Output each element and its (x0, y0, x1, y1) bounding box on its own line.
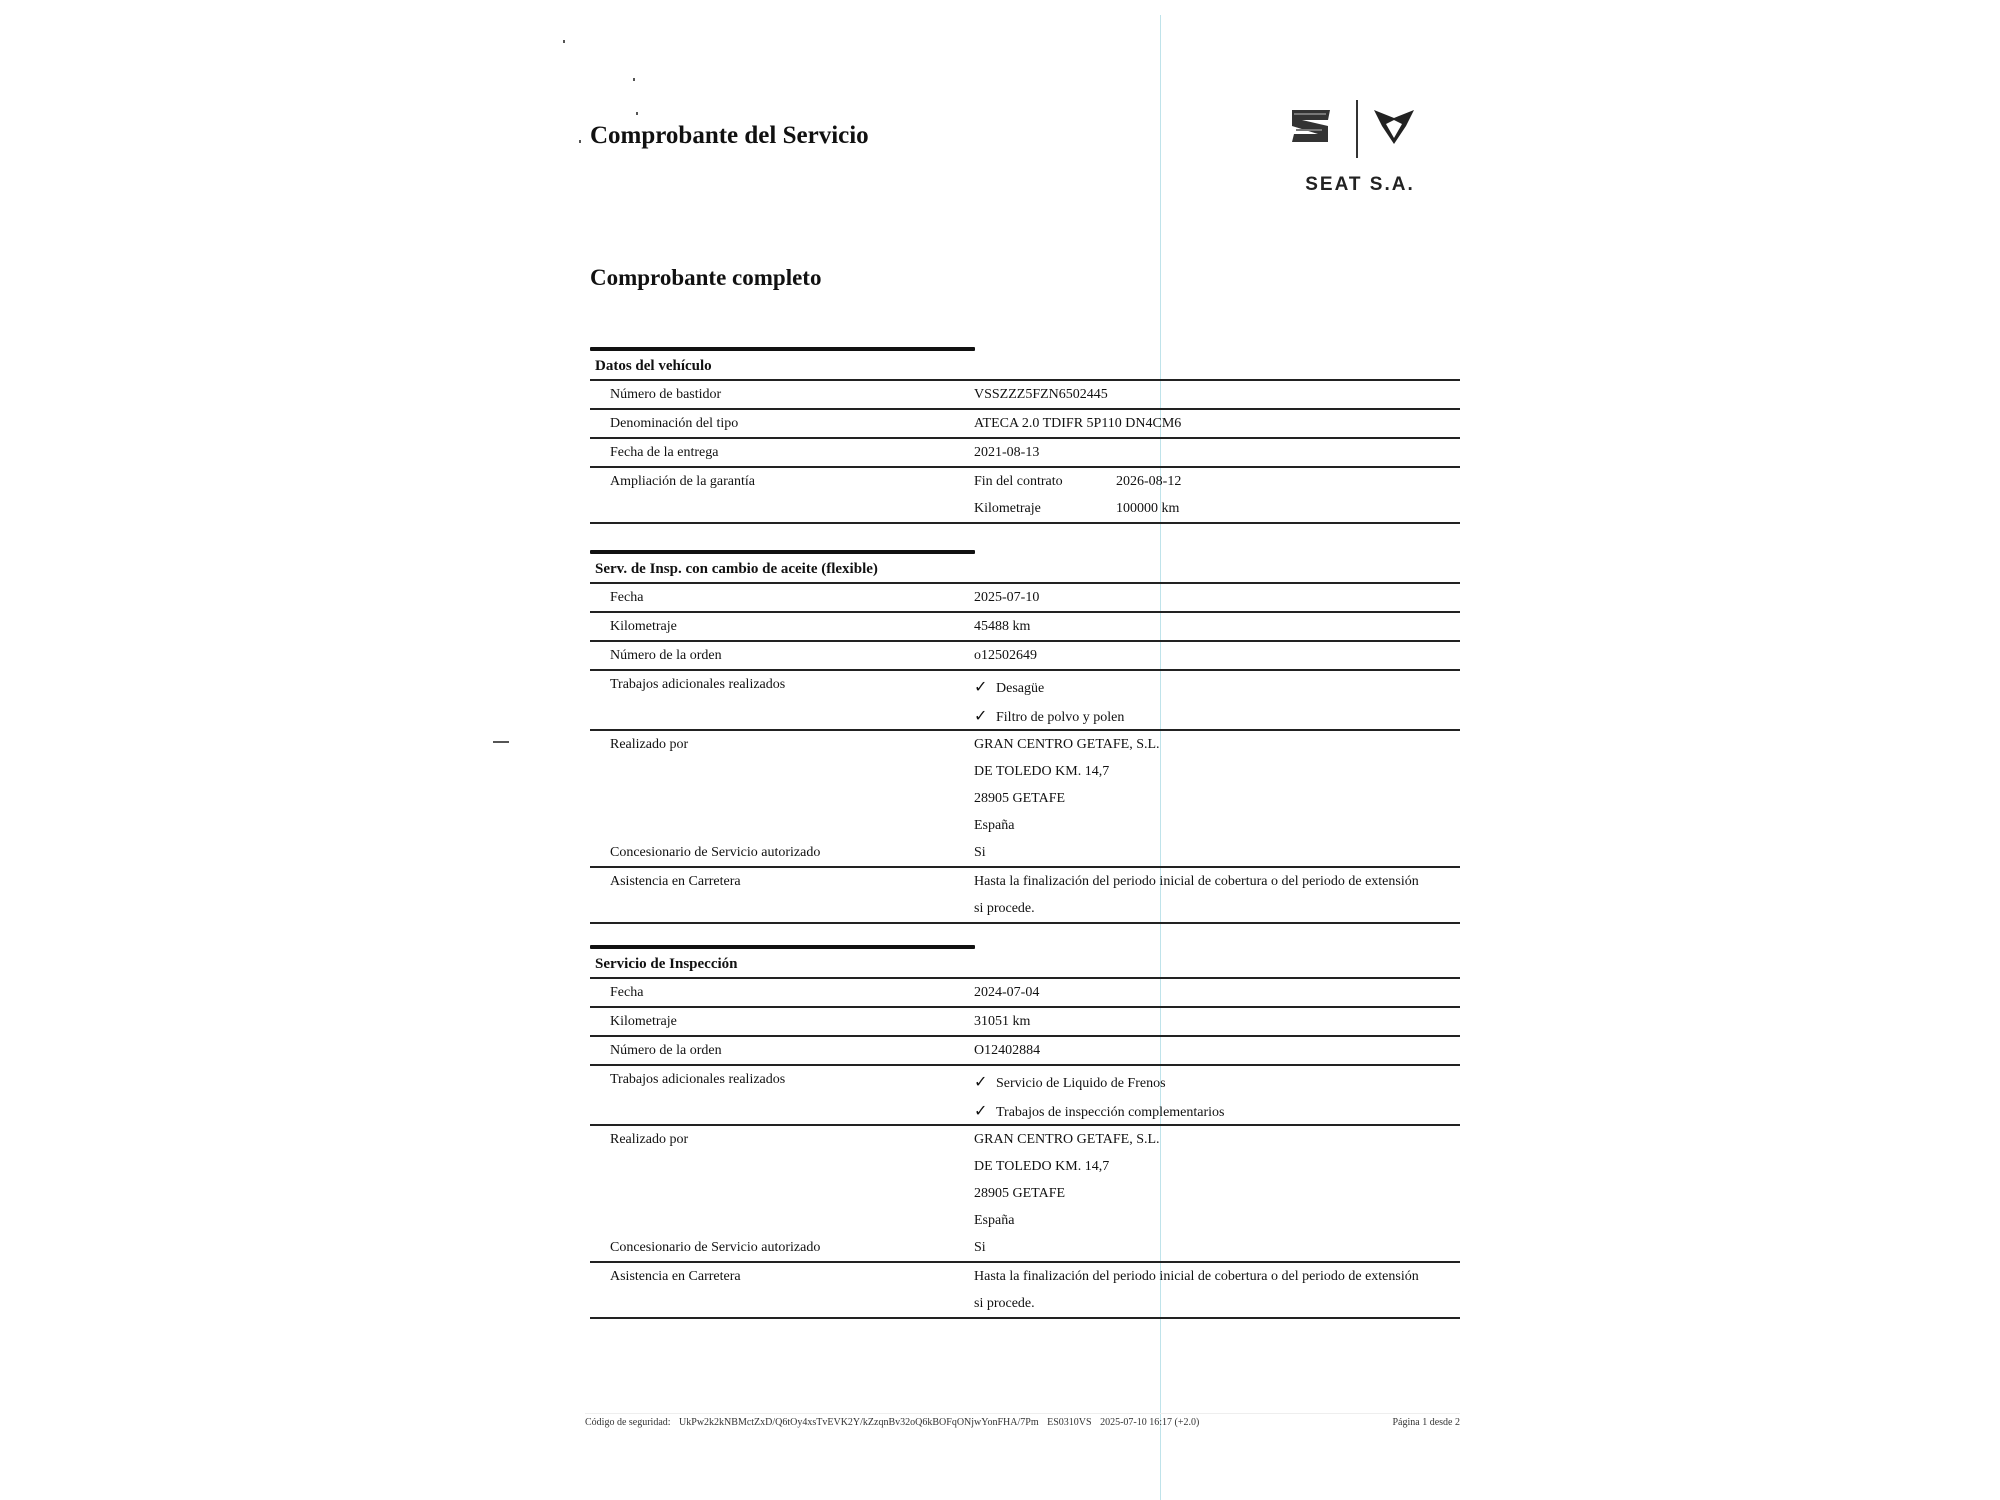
extra-item-label: Servicio de Liquido de Frenos (996, 1076, 1166, 1091)
row-label: Ampliación de la garantía (590, 468, 974, 522)
row-label: Realizado por (590, 1126, 974, 1234)
extra-item-label: Trabajos de inspección complementarios (996, 1105, 1224, 1120)
scan-speck (636, 112, 638, 115)
table-row: Número de la orden O12402884 (590, 1037, 1460, 1066)
row-label: Trabajos adicionales realizados (590, 1066, 974, 1124)
logo-divider (1356, 100, 1358, 158)
value-line: si procede. (974, 895, 1460, 922)
authorized-value: Si (974, 839, 1460, 866)
value-line: GRAN CENTRO GETAFE, S.L. (974, 731, 1460, 758)
checkmark-icon: ✓ (974, 1066, 996, 1097)
scan-speck (493, 741, 509, 743)
order-value: o12502649 (974, 642, 1460, 669)
seat-cupra-logo-icon (1288, 96, 1438, 166)
section-title: Servicio de Inspección (590, 949, 1460, 979)
extras-list: ✓Servicio de Liquido de Frenos✓Trabajos … (974, 1066, 1460, 1124)
vin-value: VSSZZZ5FZN6502445 (974, 381, 1460, 408)
brand-logo: SEAT S.A. (1288, 96, 1438, 206)
table-row: Asistencia en Carretera Hasta la finaliz… (590, 1263, 1460, 1319)
checkmark-icon: ✓ (974, 700, 996, 731)
row-label: Asistencia en Carretera (590, 1263, 974, 1317)
order-value: O12402884 (974, 1037, 1460, 1064)
page-footer: Código de seguridad: UkPw2k2kNBMctZxD/Q6… (585, 1413, 1460, 1428)
scan-speck (633, 78, 635, 81)
doc-code: ES0310VS (1047, 1417, 1091, 1428)
roadside-assistance-value: Hasta la finalización del periodo inicia… (974, 868, 1460, 922)
value-line: 28905 GETAFE (974, 1180, 1460, 1207)
row-label: Fecha (590, 979, 974, 1006)
security-code: UkPw2k2kNBMctZxD/Q6tOy4xsTvEVK2Y/kZzqnBv… (679, 1417, 1039, 1428)
page-number: Página 1 desde 2 (1393, 1417, 1461, 1428)
row-label: Concesionario de Servicio autorizado (590, 1234, 974, 1261)
sub-label: Fin del contrato (974, 468, 1116, 495)
value-line: Hasta la finalización del periodo inicia… (974, 1263, 1460, 1290)
type-value: ATECA 2.0 TDIFR 5P110 DN4CM6 (974, 410, 1460, 437)
checkmark-icon: ✓ (974, 671, 996, 702)
km-value: 45488 km (974, 613, 1460, 640)
timestamp: 2025-07-10 16:17 (+2.0) (1100, 1417, 1199, 1428)
row-label: Realizado por (590, 731, 974, 839)
delivery-value: 2021-08-13 (974, 439, 1460, 466)
extra-item: ✓Trabajos de inspección complementarios (974, 1095, 1460, 1124)
extra-item: ✓Servicio de Liquido de Frenos (974, 1066, 1460, 1095)
table-row: Concesionario de Servicio autorizado Si (590, 839, 1460, 868)
extra-item-label: Filtro de polvo y polen (996, 710, 1124, 725)
table-row: Fecha 2025-07-10 (590, 584, 1460, 613)
section-service: Serv. de Insp. con cambio de aceite (fle… (590, 550, 1460, 924)
value-line: Hasta la finalización del periodo inicia… (974, 868, 1460, 895)
seat-logo-icon (1292, 110, 1330, 142)
row-label: Denominación del tipo (590, 410, 974, 437)
checkmark-icon: ✓ (974, 1095, 996, 1126)
date-value: 2024-07-04 (974, 979, 1460, 1006)
date-value: 2025-07-10 (974, 584, 1460, 611)
extra-item-label: Desagüe (996, 681, 1044, 696)
brand-name: SEAT S.A. (1290, 174, 1430, 196)
table-row: Trabajos adicionales realizados ✓Servici… (590, 1066, 1460, 1126)
row-label: Número de bastidor (590, 381, 974, 408)
section-service: Servicio de Inspección Fecha 2024-07-04 … (590, 945, 1460, 1319)
section-title: Serv. de Insp. con cambio de aceite (fle… (590, 554, 1460, 584)
table-row: Kilometraje 31051 km (590, 1008, 1460, 1037)
table-row: Kilometraje 45488 km (590, 613, 1460, 642)
row-label: Fecha (590, 584, 974, 611)
row-label: Número de la orden (590, 1037, 974, 1064)
roadside-assistance-value: Hasta la finalización del periodo inicia… (974, 1263, 1460, 1317)
table-row: Fecha de la entrega 2021-08-13 (590, 439, 1460, 468)
table-row: Fecha 2024-07-04 (590, 979, 1460, 1008)
row-label: Concesionario de Servicio autorizado (590, 839, 974, 866)
row-label: Asistencia en Carretera (590, 868, 974, 922)
value-line: GRAN CENTRO GETAFE, S.L. (974, 1126, 1460, 1153)
table-row: Asistencia en Carretera Hasta la finaliz… (590, 868, 1460, 924)
extra-item: ✓Filtro de polvo y polen (974, 700, 1460, 729)
authorized-value: Si (974, 1234, 1460, 1261)
value-line: DE TOLEDO KM. 14,7 (974, 1153, 1460, 1180)
cupra-logo-icon (1374, 110, 1414, 144)
extra-item: ✓Desagüe (974, 671, 1460, 700)
sub-value: 2026-08-12 (1116, 468, 1181, 495)
value-line: si procede. (974, 1290, 1460, 1317)
document-title: Comprobante del Servicio (590, 122, 869, 150)
performed-by: GRAN CENTRO GETAFE, S.L.DE TOLEDO KM. 14… (974, 1126, 1460, 1234)
row-label: Kilometraje (590, 613, 974, 640)
table-row: Realizado por GRAN CENTRO GETAFE, S.L.DE… (590, 1126, 1460, 1234)
table-row: Denominación del tipo ATECA 2.0 TDIFR 5P… (590, 410, 1460, 439)
footer-left: Código de seguridad: UkPw2k2kNBMctZxD/Q6… (585, 1417, 1205, 1428)
extras-list: ✓Desagüe✓Filtro de polvo y polen (974, 671, 1460, 729)
km-value: 31051 km (974, 1008, 1460, 1035)
value-line: 28905 GETAFE (974, 785, 1460, 812)
warranty-value: Fin del contrato2026-08-12 Kilometraje10… (974, 468, 1460, 522)
scan-speck (563, 40, 565, 43)
sub-value: 100000 km (1116, 495, 1179, 522)
table-row: Concesionario de Servicio autorizado Si (590, 1234, 1460, 1263)
value-line: DE TOLEDO KM. 14,7 (974, 758, 1460, 785)
row-label: Kilometraje (590, 1008, 974, 1035)
section-vehicle: Datos del vehículo Número de bastidor VS… (590, 347, 1460, 524)
table-row: Número de bastidor VSSZZZ5FZN6502445 (590, 381, 1460, 410)
value-line: España (974, 812, 1460, 839)
table-row: Número de la orden o12502649 (590, 642, 1460, 671)
row-label: Número de la orden (590, 642, 974, 669)
scan-speck (579, 140, 581, 143)
row-label: Trabajos adicionales realizados (590, 671, 974, 729)
security-label: Código de seguridad: (585, 1417, 671, 1428)
value-line: España (974, 1207, 1460, 1234)
table-row: Realizado por GRAN CENTRO GETAFE, S.L.DE… (590, 731, 1460, 839)
sub-label: Kilometraje (974, 495, 1116, 522)
row-label: Fecha de la entrega (590, 439, 974, 466)
section-title: Datos del vehículo (590, 351, 1460, 381)
document-subtitle: Comprobante completo (590, 265, 821, 291)
table-row: Trabajos adicionales realizados ✓Desagüe… (590, 671, 1460, 731)
performed-by: GRAN CENTRO GETAFE, S.L.DE TOLEDO KM. 14… (974, 731, 1460, 839)
table-row: Ampliación de la garantía Fin del contra… (590, 468, 1460, 524)
